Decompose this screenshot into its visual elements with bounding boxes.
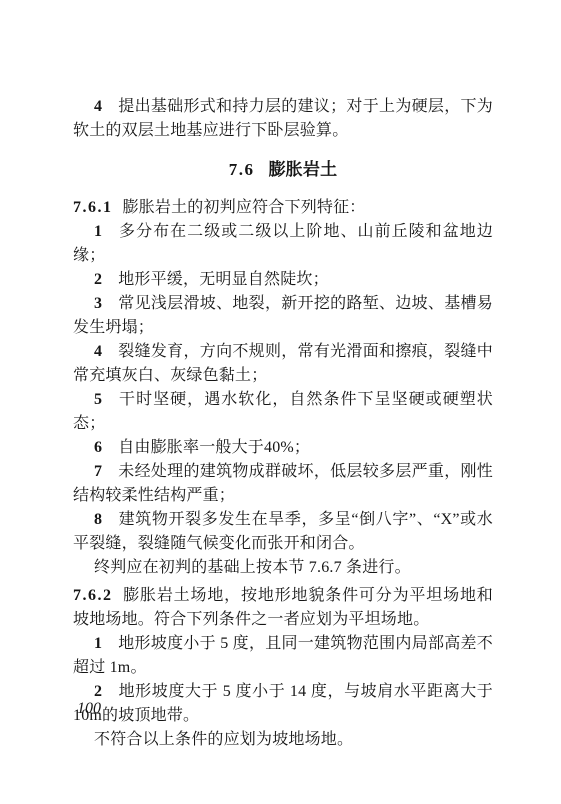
list-item: 6自由膨胀率一般大于40%；: [73, 436, 493, 460]
item-marker: 5: [94, 391, 102, 408]
item-marker: 3: [94, 295, 102, 312]
clause-number: 7.6.2: [73, 587, 113, 604]
list-item: 1多分布在二级或二级以上阶地、山前丘陵和盆地边缘；: [73, 220, 493, 268]
list-item: 3常见浅层滑坡、地裂，新开挖的路堑、边坡、基槽易发生坍塌；: [73, 292, 493, 340]
list-item: 2地形平缓，无明显自然陡坎；: [73, 268, 493, 292]
item-text: 干时坚硬，遇水软化，自然条件下呈坚硬或硬塑状态；: [73, 391, 493, 432]
list-item: 2地形坡度大于 5 度小于 14 度，与坡肩水平距离大于 10m的坡顶地带。: [73, 680, 493, 728]
numbered-item-intro: 4提出基础形式和持力层的建议；对于上为硬层，下为软土的双层土地基应进行下卧层验算…: [73, 95, 493, 143]
list-item: 1地形坡度小于 5 度，且同一建筑物范围内局部高差不超过 1m。: [73, 632, 493, 680]
item-text: 裂缝发育，方向不规则，常有光滑面和擦痕，裂缝中常充填灰白、灰绿色黏土；: [73, 343, 493, 384]
item-marker: 1: [94, 223, 102, 240]
clause-closing: 不符合以上条件的应划为坡地场地。: [73, 728, 493, 752]
item-text: 自由膨胀率一般大于40%；: [118, 439, 310, 456]
list-item: 7未经处理的建筑物成群破坏，低层较多层严重，刚性结构较柔性结构严重；: [73, 460, 493, 508]
clause-text: 膨胀岩土的初判应符合下列特征：: [123, 199, 366, 216]
item-marker: 2: [94, 271, 102, 288]
clause-closing: 终判应在初判的基础上按本节 7.6.7 条进行。: [73, 556, 493, 580]
item-text: 建筑物开裂多发生在旱季，多呈“倒八字”、“X”或水平裂缝，裂缝随气候变化而张开和…: [73, 511, 493, 552]
item-text: 地形坡度小于 5 度，且同一建筑物范围内局部高差不超过 1m。: [73, 635, 493, 676]
item-marker: 4: [94, 98, 102, 115]
item-text: 常见浅层滑坡、地裂，新开挖的路堑、边坡、基槽易发生坍塌；: [73, 295, 493, 336]
clause-number: 7.6.1: [73, 199, 113, 216]
item-text: 地形平缓，无明显自然陡坎；: [118, 271, 329, 288]
item-marker: 1: [94, 635, 102, 652]
item-text: 未经处理的建筑物成群破坏，低层较多层严重，刚性结构较柔性结构严重；: [73, 463, 493, 504]
item-marker: 6: [94, 439, 102, 456]
item-text: 地形坡度大于 5 度小于 14 度，与坡肩水平距离大于 10m的坡顶地带。: [73, 683, 493, 724]
clause-7-6-2: 7.6.2膨胀岩土场地，按地形地貌条件可分为平坦场地和坡地场地。符合下列条件之一…: [73, 584, 493, 632]
section-heading: 7.6膨胀岩土: [73, 157, 493, 183]
list-item: 8建筑物开裂多发生在旱季，多呈“倒八字”、“X”或水平裂缝，裂缝随气候变化而张开…: [73, 508, 493, 556]
item-marker: 2: [94, 683, 102, 700]
page-content: 4提出基础形式和持力层的建议；对于上为硬层，下为软土的双层土地基应进行下卧层验算…: [73, 95, 493, 752]
item-text: 多分布在二级或二级以上阶地、山前丘陵和盆地边缘；: [73, 223, 493, 264]
item-text: 提出基础形式和持力层的建议；对于上为硬层，下为软土的双层土地基应进行下卧层验算。: [73, 98, 493, 139]
item-marker: 8: [94, 511, 102, 528]
clause-7-6-1: 7.6.1膨胀岩土的初判应符合下列特征：: [73, 196, 493, 220]
page-number: 100: [77, 700, 101, 718]
section-number: 7.6: [229, 160, 255, 179]
list-item: 5干时坚硬，遇水软化，自然条件下呈坚硬或硬塑状态；: [73, 388, 493, 436]
item-marker: 7: [94, 463, 102, 480]
section-title: 膨胀岩土: [268, 160, 337, 179]
clause-text: 膨胀岩土场地，按地形地貌条件可分为平坦场地和坡地场地。符合下列条件之一者应划为平…: [73, 587, 493, 628]
item-marker: 4: [94, 343, 102, 360]
list-item: 4裂缝发育，方向不规则，常有光滑面和擦痕，裂缝中常充填灰白、灰绿色黏土；: [73, 340, 493, 388]
document-page: 4提出基础形式和持力层的建议；对于上为硬层，下为软土的双层土地基应进行下卧层验算…: [0, 0, 561, 804]
